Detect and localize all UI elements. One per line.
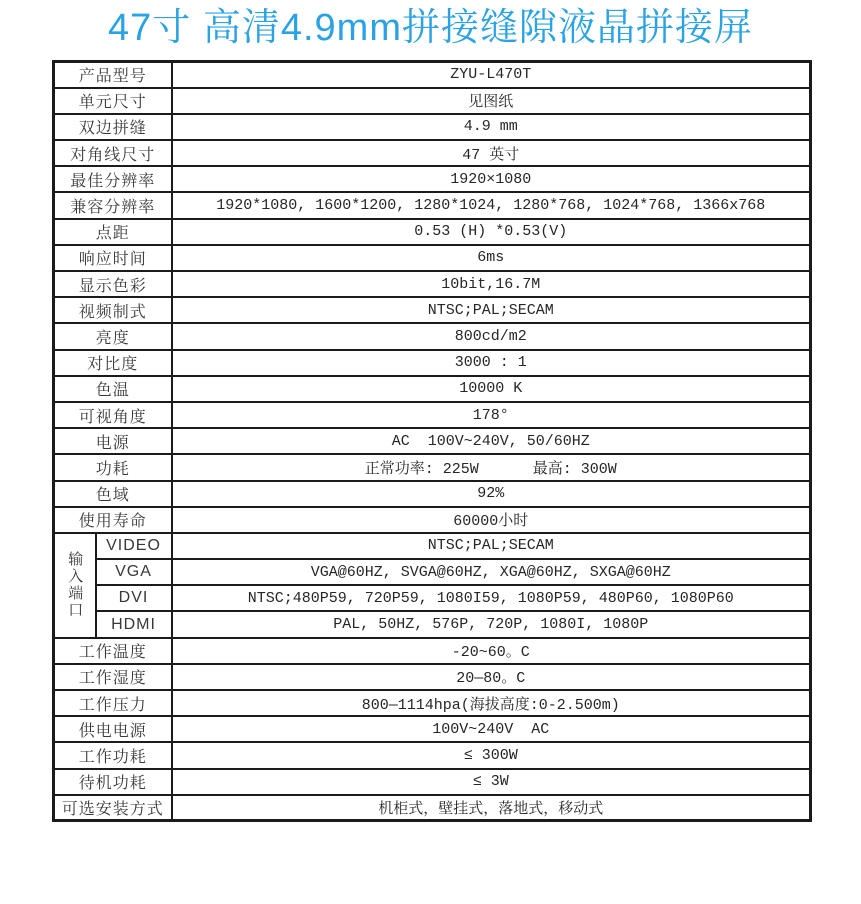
row-label: 单元尺寸 [54, 88, 172, 114]
row-value: 92% [172, 481, 811, 507]
row-label: DVI [96, 585, 172, 611]
spec-row-best-resolution: 最佳分辨率 1920×1080 [54, 166, 811, 192]
row-value: 3000 : 1 [172, 350, 811, 376]
row-label: 待机功耗 [54, 769, 172, 795]
row-value: 178° [172, 402, 811, 428]
page-title: 47寸 高清4.9mm拼接缝隙液晶拼接屏 [0, 3, 861, 53]
row-value: NTSC;PAL;SECAM [172, 533, 811, 559]
spec-row-standby-power: 待机功耗 ≤ 3W [54, 769, 811, 795]
row-label: 电源 [54, 428, 172, 454]
row-value: 见图纸 [172, 88, 811, 114]
spec-row-brightness: 亮度 800cd/m2 [54, 323, 811, 349]
row-value: 800—1114hpa(海拔高度:0-2.500m) [172, 690, 811, 716]
row-value: 4.9 mm [172, 114, 811, 140]
row-value: 10bit,16.7M [172, 271, 811, 297]
spec-row-video-standard: 视频制式 NTSC;PAL;SECAM [54, 297, 811, 323]
spec-row-model: 产品型号 ZYU-L470T [54, 62, 811, 88]
spec-row-display-color: 显示色彩 10bit,16.7M [54, 271, 811, 297]
spec-row-response-time: 响应时间 6ms [54, 245, 811, 271]
row-label: 点距 [54, 219, 172, 245]
spec-row-pixel-pitch: 点距 0.53 (H) *0.53(V) [54, 219, 811, 245]
row-label: 对角线尺寸 [54, 140, 172, 166]
row-value: 47 英寸 [172, 140, 811, 166]
row-value: -20~60。C [172, 638, 811, 664]
row-value: 1920*1080, 1600*1200, 1280*1024, 1280*76… [172, 192, 811, 218]
row-value: 机柜式，壁挂式，落地式，移动式 [172, 795, 811, 821]
row-label: 可选安装方式 [54, 795, 172, 821]
row-value: 正常功率: 225W 最高: 300W [172, 454, 811, 480]
row-value: PAL, 50HZ, 576P, 720P, 1080I, 1080P [172, 611, 811, 637]
spec-row-color-temp: 色温 10000 K [54, 376, 811, 402]
row-value: NTSC;PAL;SECAM [172, 297, 811, 323]
spec-row-mounting-options: 可选安装方式 机柜式，壁挂式，落地式，移动式 [54, 795, 811, 821]
row-label: 对比度 [54, 350, 172, 376]
row-value: 60000小时 [172, 507, 811, 533]
row-label: 双边拼缝 [54, 114, 172, 140]
spec-row-lifespan: 使用寿命 60000小时 [54, 507, 811, 533]
row-label: 色域 [54, 481, 172, 507]
spec-row-operating-humidity: 工作湿度 20—80。C [54, 664, 811, 690]
input-ports-group-label: 输入端口 [54, 533, 96, 638]
row-label: 工作功耗 [54, 742, 172, 768]
spec-row-unit-size: 单元尺寸 见图纸 [54, 88, 811, 114]
row-value: AC 100V~240V, 50/60HZ [172, 428, 811, 454]
row-value: ≤ 300W [172, 742, 811, 768]
row-label: 产品型号 [54, 62, 172, 88]
spec-row-viewing-angle: 可视角度 178° [54, 402, 811, 428]
row-label: 可视角度 [54, 402, 172, 428]
row-label: 使用寿命 [54, 507, 172, 533]
row-label: 供电电源 [54, 716, 172, 742]
row-value: 10000 K [172, 376, 811, 402]
spec-row-contrast: 对比度 3000 : 1 [54, 350, 811, 376]
spec-row-input-video: 输入端口 VIDEO NTSC;PAL;SECAM [54, 533, 811, 559]
row-label: 功耗 [54, 454, 172, 480]
spec-row-operating-temp: 工作温度 -20~60。C [54, 638, 811, 664]
row-label: HDMI [96, 611, 172, 637]
row-label: 最佳分辨率 [54, 166, 172, 192]
row-value: NTSC;480P59, 720P59, 1080I59, 1080P59, 4… [172, 585, 811, 611]
row-label: 兼容分辨率 [54, 192, 172, 218]
spec-row-input-vga: VGA VGA@60HZ, SVGA@60HZ, XGA@60HZ, SXGA@… [54, 559, 811, 585]
row-value: 100V~240V AC [172, 716, 811, 742]
spec-row-supply-power: 供电电源 100V~240V AC [54, 716, 811, 742]
spec-row-diagonal: 对角线尺寸 47 英寸 [54, 140, 811, 166]
spec-row-color-gamut: 色域 92% [54, 481, 811, 507]
row-label: 工作压力 [54, 690, 172, 716]
row-label: 视频制式 [54, 297, 172, 323]
row-label: VIDEO [96, 533, 172, 559]
spec-row-seam: 双边拼缝 4.9 mm [54, 114, 811, 140]
row-label: VGA [96, 559, 172, 585]
row-value: ≤ 3W [172, 769, 811, 795]
row-value: ZYU-L470T [172, 62, 811, 88]
spec-row-power-consumption: 功耗 正常功率: 225W 最高: 300W [54, 454, 811, 480]
spec-table: 产品型号 ZYU-L470T 单元尺寸 见图纸 双边拼缝 4.9 mm 对角线尺… [52, 60, 812, 822]
spec-row-power-source: 电源 AC 100V~240V, 50/60HZ [54, 428, 811, 454]
row-value: 0.53 (H) *0.53(V) [172, 219, 811, 245]
row-label: 工作温度 [54, 638, 172, 664]
row-label: 色温 [54, 376, 172, 402]
spec-row-input-dvi: DVI NTSC;480P59, 720P59, 1080I59, 1080P5… [54, 585, 811, 611]
row-value: VGA@60HZ, SVGA@60HZ, XGA@60HZ, SXGA@60HZ [172, 559, 811, 585]
row-label: 亮度 [54, 323, 172, 349]
row-label: 响应时间 [54, 245, 172, 271]
row-value: 1920×1080 [172, 166, 811, 192]
row-label: 工作湿度 [54, 664, 172, 690]
spec-row-operating-pressure: 工作压力 800—1114hpa(海拔高度:0-2.500m) [54, 690, 811, 716]
spec-row-compatible-resolution: 兼容分辨率 1920*1080, 1600*1200, 1280*1024, 1… [54, 192, 811, 218]
spec-row-working-power: 工作功耗 ≤ 300W [54, 742, 811, 768]
row-label: 显示色彩 [54, 271, 172, 297]
row-value: 800cd/m2 [172, 323, 811, 349]
row-value: 20—80。C [172, 664, 811, 690]
row-value: 6ms [172, 245, 811, 271]
spec-row-input-hdmi: HDMI PAL, 50HZ, 576P, 720P, 1080I, 1080P [54, 611, 811, 637]
